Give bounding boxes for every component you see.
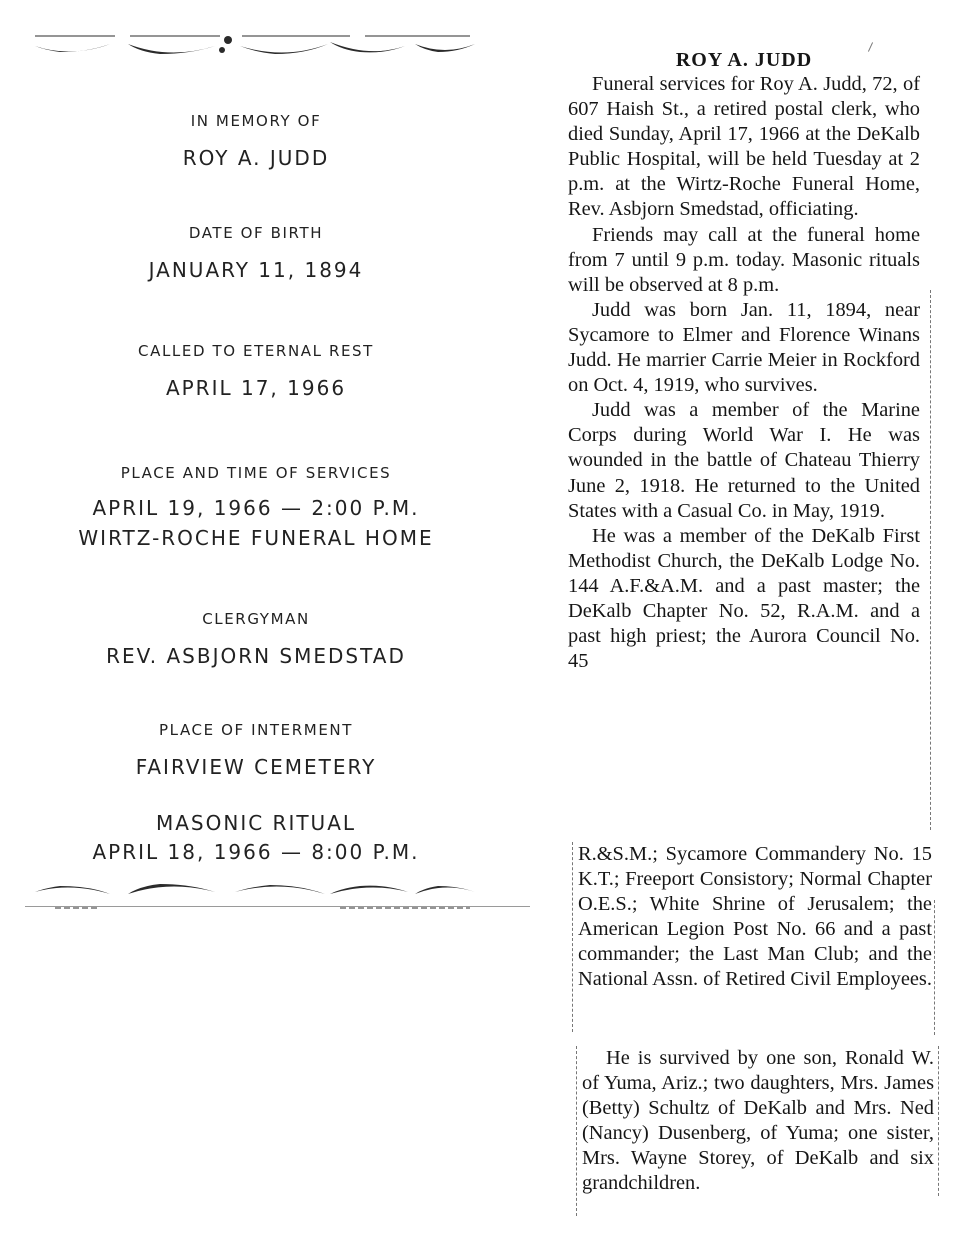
interment-label: PLACE OF INTERMENT [0, 721, 512, 739]
interment-place: FAIRVIEW CEMETERY [0, 755, 512, 779]
death-date: APRIL 17, 1966 [0, 376, 512, 400]
clergy-label: CLERGYMAN [0, 610, 512, 628]
column-rule [934, 900, 935, 1035]
services-label: PLACE AND TIME OF SERVICES [0, 464, 512, 482]
obituary-clipping: ROY A. JUDD Funeral services for Roy A. … [568, 48, 920, 674]
clergy-name: REV. ASBJORN SMEDSTAD [0, 644, 512, 668]
services-datetime: APRIL 19, 1966 — 2:00 P.M. [0, 496, 512, 520]
column-rule [930, 290, 931, 830]
obituary-clipping-survivors: He is survived by one son, Ronald W. of … [582, 1046, 934, 1197]
obituary-headline: ROY A. JUDD [568, 48, 920, 72]
column-rule [576, 1046, 577, 1216]
death-label: CALLED TO ETERNAL REST [0, 342, 512, 360]
obituary-paragraph: Funeral services for Roy A. Judd, 72, of… [568, 72, 920, 223]
obituary-paragraph: He was a member of the DeKalb First Meth… [568, 524, 920, 675]
obituary-paragraph: R.&S.M.; Sycamore Commandery No. 15 K.T.… [578, 842, 932, 993]
column-rule [938, 1046, 939, 1196]
column-rule [572, 842, 573, 1032]
ritual-datetime: APRIL 18, 1966 — 8:00 P.M. [0, 840, 512, 864]
obituary-paragraph: Friends may call at the funeral home fro… [568, 223, 920, 298]
ritual-label: MASONIC RITUAL [0, 811, 512, 835]
obituary-paragraph: Judd was born Jan. 11, 1894, near Sycamo… [568, 298, 920, 398]
obituary-clipping-continued: R.&S.M.; Sycamore Commandery No. 15 K.T.… [578, 842, 932, 993]
garland-ornament-icon [30, 882, 480, 912]
services-place: WIRTZ-ROCHE FUNERAL HOME [0, 526, 512, 550]
deceased-name: ROY A. JUDD [0, 146, 512, 170]
obituary-paragraph: He is survived by one son, Ronald W. of … [582, 1046, 934, 1197]
in-memory-label: IN MEMORY OF [0, 112, 512, 130]
birth-date: JANUARY 11, 1894 [0, 258, 512, 282]
birth-label: DATE OF BIRTH [0, 224, 512, 242]
obituary-paragraph: Judd was a member of the Marine Corps du… [568, 398, 920, 523]
memorial-card: IN MEMORY OF ROY A. JUDD DATE OF BIRTH J… [0, 0, 520, 920]
garland-ornament-icon [30, 32, 480, 62]
divider [25, 906, 530, 907]
